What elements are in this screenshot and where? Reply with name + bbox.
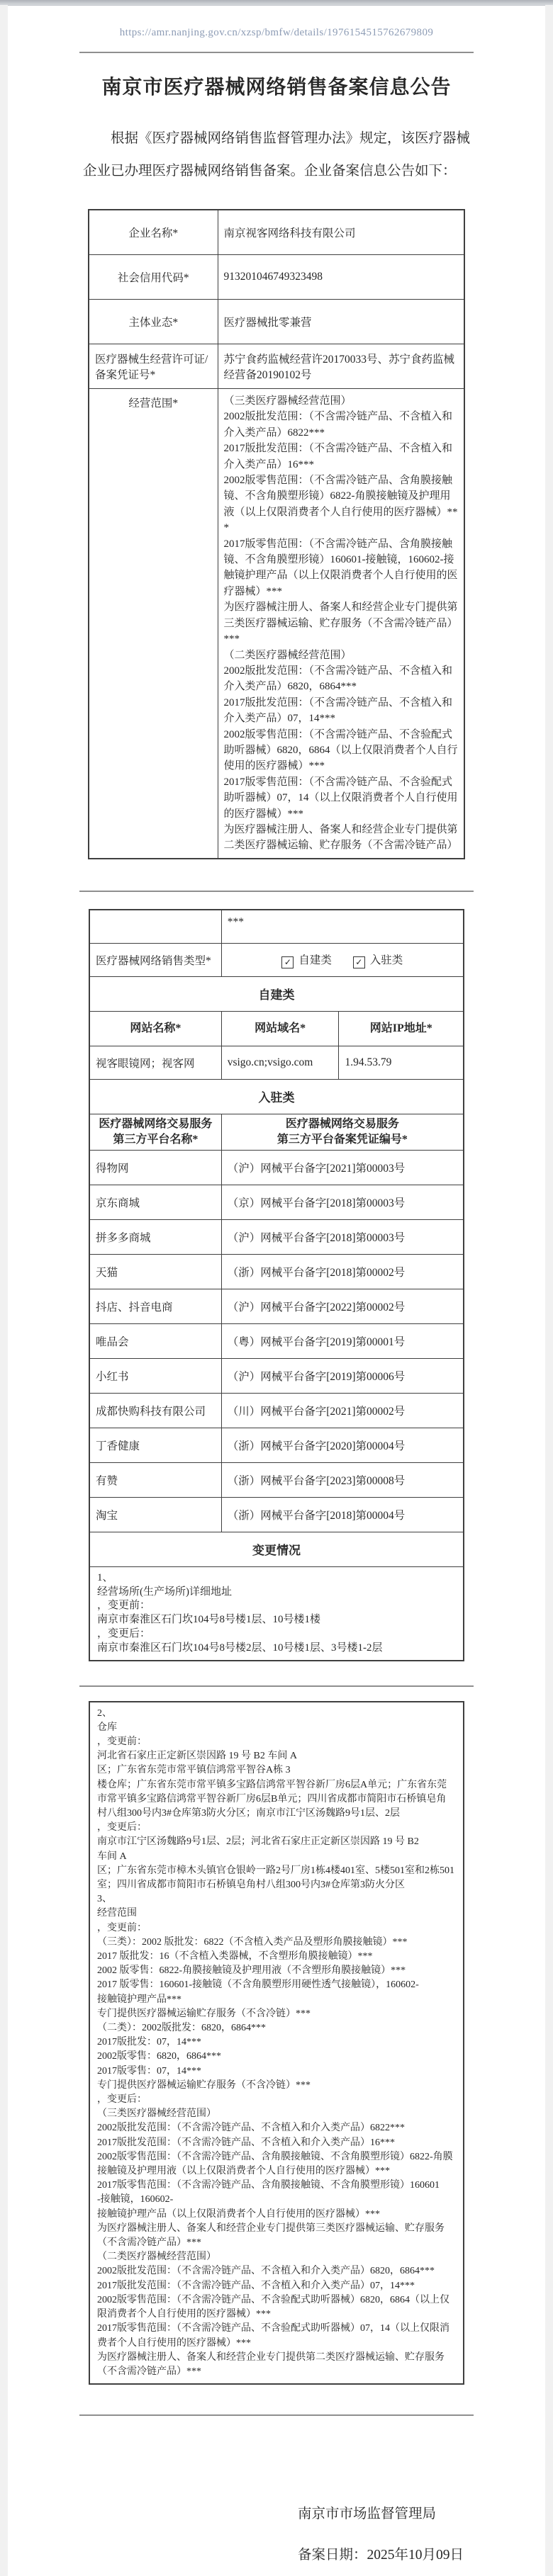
field-label-empty: [89, 910, 221, 944]
business-scope-value: （三类医疗器械经营范围） 2002版批发范围：（不含需冷链产品、不含植入和介入类…: [218, 389, 464, 859]
table-row: 小红书（沪）网械平台备字[2019]第00006号: [89, 1358, 464, 1393]
table-row: 经营范围* （三类医疗器械经营范围） 2002版批发范围：（不含需冷链产品、不含…: [89, 389, 464, 859]
platform-name: 成都快购科技有限公司: [89, 1393, 221, 1428]
sales-type-value: ✓自建类 ✓入驻类: [221, 943, 464, 976]
table-row: 有赞（浙）网械平台备字[2023]第00008号: [89, 1462, 464, 1497]
section-header-self-built: 自建类: [89, 976, 464, 1011]
platform-name: 淘宝: [89, 1497, 221, 1532]
website-domain: vsigo.cn;vsigo.com: [221, 1046, 339, 1079]
platform-name: 抖店、抖音电商: [89, 1289, 221, 1323]
intro-paragraph: 根据《医疗器械网络销售监督管理办法》规定，该医疗器械企业已办理医疗器械网络销售备…: [83, 123, 470, 188]
change-block-2: 2、 仓库 ，变更前： 河北省石家庄正定新区崇因路 19 号 B2 车间 A 区…: [89, 1701, 464, 2385]
platform-cert: （浙）网械平台备字[2018]第00002号: [221, 1254, 464, 1289]
table-row: ***: [89, 910, 464, 944]
table-row: 淘宝（浙）网械平台备字[2018]第00004号: [89, 1497, 464, 1532]
browser-top-strip: [0, 0, 553, 6]
table-row: 企业名称* 南京视客网络科技有限公司: [89, 210, 464, 255]
table-row: 自建类: [89, 976, 464, 1011]
platform-name: 天猫: [89, 1254, 221, 1289]
platform-cert: （沪）网械平台备字[2019]第00006号: [221, 1358, 464, 1393]
source-url: https://amr.nanjing.gov.cn/xzsp/bmfw/det…: [0, 27, 553, 39]
field-label: 医疗器械生经营许可证/备案凭证号*: [89, 344, 218, 389]
table-row: 1、 经营场所(生产场所)详细地址 ，变更前： 南京市秦淮区石门坎104号8号楼…: [89, 1566, 464, 1660]
column-header: 医疗器械网络交易服务 第三方平台备案凭证编号*: [221, 1114, 464, 1150]
document-page: https://amr.nanjing.gov.cn/xzsp/bmfw/det…: [0, 0, 553, 2576]
table-row: 医疗器械生经营许可证/备案凭证号* 苏宁食药监械经营许20170033号、苏宁食…: [89, 344, 464, 389]
table-row: 唯品会（粤）网械平台备字[2019]第00001号: [89, 1323, 464, 1358]
left-margin-strip: [0, 5, 8, 2576]
platform-cert: （浙）网械平台备字[2020]第00004号: [221, 1428, 464, 1462]
table-row: 得物网（沪）网械平台备字[2021]第00003号: [89, 1150, 464, 1185]
right-margin-strip: [545, 5, 553, 2576]
page-break-divider: [79, 52, 474, 53]
company-info-table: 企业名称* 南京视客网络科技有限公司 社会信用代码* 9132010467493…: [88, 209, 465, 859]
platform-name: 拼多多商城: [89, 1219, 221, 1254]
table-row: 成都快购科技有限公司（川）网械平台备字[2021]第00002号: [89, 1393, 464, 1428]
column-header: 网站IP地址*: [339, 1011, 464, 1046]
table-row: 变更情况: [89, 1532, 464, 1566]
page-break-divider: [79, 891, 474, 892]
table-row: 医疗器械网络销售类型* ✓自建类 ✓入驻类: [89, 943, 464, 976]
table-row: 天猫（浙）网械平台备字[2018]第00002号: [89, 1254, 464, 1289]
section-header-entry: 入驻类: [89, 1079, 464, 1114]
website-ip: 1.94.53.79: [339, 1046, 464, 1079]
field-label: 医疗器械网络销售类型*: [89, 943, 221, 976]
filing-date-value: 2025年10月09日: [367, 2548, 464, 2563]
column-header: 网站名称*: [89, 1011, 221, 1046]
filing-date-line: 备案日期：2025年10月09日: [298, 2535, 553, 2576]
platform-name: 唯品会: [89, 1323, 221, 1358]
field-label: 企业名称*: [89, 210, 218, 255]
table-row: 网站名称* 网站域名* 网站IP地址*: [89, 1011, 464, 1046]
field-label: 经营范围*: [89, 389, 218, 859]
platform-cert: （粤）网械平台备字[2019]第00001号: [221, 1323, 464, 1358]
business-mode-value: 医疗器械批零兼营: [218, 300, 464, 344]
column-header: 网站域名*: [221, 1011, 339, 1046]
platform-name: 得物网: [89, 1150, 221, 1185]
platform-cert: （浙）网械平台备字[2023]第00008号: [221, 1462, 464, 1497]
platform-cert: （京）网械平台备字[2018]第00003号: [221, 1185, 464, 1219]
table-row: 视客眼镜网；视客网 vsigo.cn;vsigo.com 1.94.53.79: [89, 1046, 464, 1079]
table-row: 抖店、抖音电商（沪）网械平台备字[2022]第00002号: [89, 1289, 464, 1323]
page-break-divider: [79, 2414, 474, 2416]
page-break-divider: [79, 1685, 474, 1687]
sales-type-option-label: 入驻类: [370, 954, 403, 966]
document-footer: 南京市市场监督管理局 备案日期：2025年10月09日: [298, 2494, 553, 2576]
platform-name: 小红书: [89, 1358, 221, 1393]
sales-type-option: ✓自建类: [281, 951, 332, 968]
field-label: 主体业态*: [89, 300, 218, 344]
issuing-agency: 南京市市场监督管理局: [298, 2494, 553, 2535]
platform-cert: （沪）网械平台备字[2018]第00003号: [221, 1219, 464, 1254]
company-name-value: 南京视客网络科技有限公司: [218, 210, 464, 255]
website-name: 视客眼镜网；视客网: [89, 1046, 221, 1079]
platform-cert: （沪）网械平台备字[2021]第00003号: [221, 1150, 464, 1185]
license-number-value: 苏宁食药监械经营许20170033号、苏宁食药监械经营备20190102号: [218, 344, 464, 389]
platform-cert: （浙）网械平台备字[2018]第00004号: [221, 1497, 464, 1532]
sales-type-option: ✓入驻类: [353, 951, 403, 968]
scope-continuation-value: ***: [221, 910, 464, 944]
credit-code-value: 913201046749323498: [218, 255, 464, 300]
page-title: 南京市医疗器械网络销售备案信息公告: [0, 72, 553, 100]
table-row: 拼多多商城（沪）网械平台备字[2018]第00003号: [89, 1219, 464, 1254]
checkbox-checked-icon: ✓: [281, 956, 294, 968]
section-header-changes: 变更情况: [89, 1532, 464, 1566]
table-row: 丁香健康（浙）网械平台备字[2020]第00004号: [89, 1428, 464, 1462]
checkbox-checked-icon: ✓: [353, 956, 365, 968]
platform-name: 丁香健康: [89, 1428, 221, 1462]
field-label: 社会信用代码*: [89, 255, 218, 300]
change-block-1: 1、 经营场所(生产场所)详细地址 ，变更前： 南京市秦淮区石门坎104号8号楼…: [89, 1566, 464, 1660]
table-row: 社会信用代码* 913201046749323498: [89, 255, 464, 300]
table-row: 医疗器械网络交易服务 第三方平台名称* 医疗器械网络交易服务 第三方平台备案凭证…: [89, 1114, 464, 1150]
table-row: 主体业态* 医疗器械批零兼营: [89, 300, 464, 344]
table-row: 京东商城（京）网械平台备字[2018]第00003号: [89, 1185, 464, 1219]
table-row: 入驻类: [89, 1079, 464, 1114]
platform-name: 京东商城: [89, 1185, 221, 1219]
online-sales-table: *** 医疗器械网络销售类型* ✓自建类 ✓入驻类 自建类 网站名称* 网站域名…: [89, 909, 464, 1661]
filing-date-label: 备案日期：: [298, 2548, 367, 2563]
platform-cert: （沪）网械平台备字[2022]第00002号: [221, 1289, 464, 1323]
sales-type-option-label: 自建类: [298, 954, 332, 966]
platform-name: 有赞: [89, 1462, 221, 1497]
platform-cert: （川）网械平台备字[2021]第00002号: [221, 1393, 464, 1428]
column-header: 医疗器械网络交易服务 第三方平台名称*: [89, 1114, 221, 1150]
